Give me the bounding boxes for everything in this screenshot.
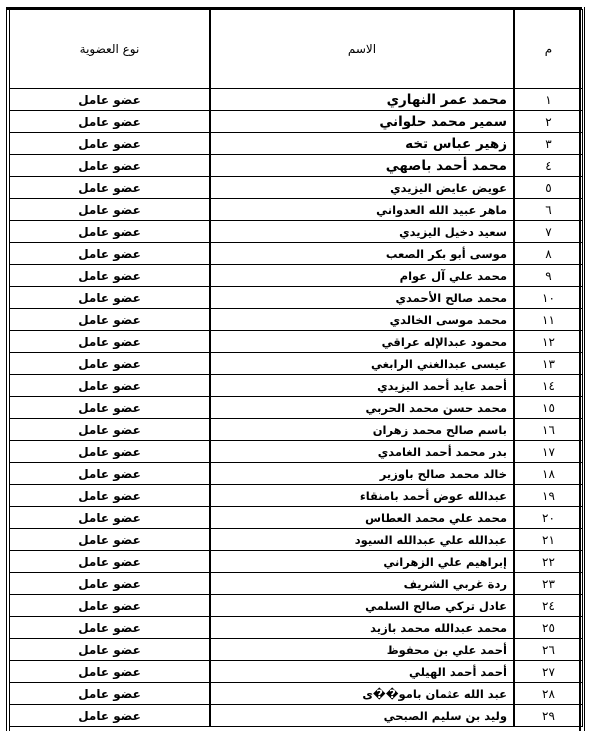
membership-type: عضو عامل: [10, 331, 211, 353]
row-number: ٢٩: [514, 705, 583, 727]
table-row: ١٢محمود عبدالإله عراقيعضو عامل: [10, 331, 583, 353]
table-row: ٢سمير محمد حلوانيعضو عامل: [10, 111, 583, 133]
member-name: عبدالله عوض أحمد بامنقاء: [210, 485, 514, 507]
row-number: ٢٨: [514, 683, 583, 705]
member-name: زهير عباس تخه: [210, 133, 514, 155]
row-number: ١٢: [514, 331, 583, 353]
membership-type: عضو عامل: [10, 419, 211, 441]
table-row: ٣زهير عباس تخهعضو عامل: [10, 133, 583, 155]
member-name: محمد صالح الأحمدي: [210, 287, 514, 309]
row-number: ٢٧: [514, 661, 583, 683]
row-number: ٢٠: [514, 507, 583, 529]
table-row: ٥عويض عايض اليزيديعضو عامل: [10, 177, 583, 199]
membership-type: عضو عامل: [10, 551, 211, 573]
table-row: ١٣عيسى عبدالغني الرابغيعضو عامل: [10, 353, 583, 375]
table-left-border: [6, 9, 7, 731]
membership-type: عضو عامل: [10, 199, 211, 221]
member-name: ردة غربي الشريف: [210, 573, 514, 595]
member-name: عبدالله علي عبدالله السيود: [210, 529, 514, 551]
table-row: ٢٠محمد علي محمد العطاسعضو عامل: [10, 507, 583, 529]
member-name: عادل تركي صالح السلمي: [210, 595, 514, 617]
header-number: م: [514, 10, 583, 89]
member-name: أحمد أحمد الهيلي: [210, 661, 514, 683]
membership-type: عضو عامل: [10, 485, 211, 507]
membership-type: عضو عامل: [10, 309, 211, 331]
membership-type: عضو عامل: [10, 661, 211, 683]
row-number: ٥: [514, 177, 583, 199]
membership-type: عضو عامل: [10, 639, 211, 661]
table-row: ١٧بدر محمد أحمد الغامديعضو عامل: [10, 441, 583, 463]
membership-type: عضو عامل: [10, 133, 211, 155]
member-name: خالد محمد صالح باوزير: [210, 463, 514, 485]
table-row: ٢٩وليد بن سليم الصبحيعضو عامل: [10, 705, 583, 727]
row-number: ١٨: [514, 463, 583, 485]
member-name: سمير محمد حلواني: [210, 111, 514, 133]
member-name: محمد عبدالله محمد بازيد: [210, 617, 514, 639]
row-number: ٢٦: [514, 639, 583, 661]
membership-type: عضو عامل: [10, 265, 211, 287]
row-number: ٨: [514, 243, 583, 265]
member-name: محمد أحمد باصهي: [210, 155, 514, 177]
membership-type: عضو عامل: [10, 683, 211, 705]
membership-type: عضو عامل: [10, 177, 211, 199]
row-number: ١٧: [514, 441, 583, 463]
table-row: ١٦باسم صالح محمد زهرانعضو عامل: [10, 419, 583, 441]
row-number: ٢١: [514, 529, 583, 551]
membership-type: عضو عامل: [10, 573, 211, 595]
membership-type: عضو عامل: [10, 155, 211, 177]
member-name: أحمد علي بن محفوظ: [210, 639, 514, 661]
member-name: موسى أبو بكر الصعب: [210, 243, 514, 265]
table-row: ١محمد عمر النهاريعضو عامل: [10, 89, 583, 111]
member-name: عبد الله عثمان بامو��ى: [210, 683, 514, 705]
membership-type: عضو عامل: [10, 111, 211, 133]
table-row: ٢٧أحمد أحمد الهيليعضو عامل: [10, 661, 583, 683]
membership-type: عضو عامل: [10, 507, 211, 529]
row-number: ٩: [514, 265, 583, 287]
member-name: محمد علي آل عوام: [210, 265, 514, 287]
header-name-label: الاسم: [348, 42, 376, 56]
membership-type: عضو عامل: [10, 595, 211, 617]
members-table-body: ١محمد عمر النهاريعضو عامل٢سمير محمد حلوا…: [10, 89, 583, 727]
membership-type: عضو عامل: [10, 705, 211, 727]
table-row: ٢٢إبراهيم علي الزهرانيعضو عامل: [10, 551, 583, 573]
row-number: ١١: [514, 309, 583, 331]
row-number: ٢٢: [514, 551, 583, 573]
table-row: ١٤أحمد عايد أحمد اليزيديعضو عامل: [10, 375, 583, 397]
membership-type: عضو عامل: [10, 441, 211, 463]
row-number: ١٠: [514, 287, 583, 309]
header-name: الاسم: [210, 10, 514, 89]
membership-type: عضو عامل: [10, 397, 211, 419]
row-number: ١٤: [514, 375, 583, 397]
table-row: ٢٥محمد عبدالله محمد بازيدعضو عامل: [10, 617, 583, 639]
table-row: ١٨خالد محمد صالح باوزيرعضو عامل: [10, 463, 583, 485]
membership-type: عضو عامل: [10, 529, 211, 551]
membership-type: عضو عامل: [10, 287, 211, 309]
member-name: محمد عمر النهاري: [210, 89, 514, 111]
table-row: ٨موسى أبو بكر الصعبعضو عامل: [10, 243, 583, 265]
row-number: ٢: [514, 111, 583, 133]
row-number: ٦: [514, 199, 583, 221]
row-number: ١٣: [514, 353, 583, 375]
member-name: محمود عبدالإله عراقي: [210, 331, 514, 353]
membership-type: عضو عامل: [10, 375, 211, 397]
header-number-label: م: [545, 42, 552, 56]
table-row: ٢٤عادل تركي صالح السلميعضو عامل: [10, 595, 583, 617]
table-row: ٢٨عبد الله عثمان بامو��ىعضو عامل: [10, 683, 583, 705]
row-number: ٤: [514, 155, 583, 177]
member-name: سعيد دخيل اليزيدي: [210, 221, 514, 243]
member-name: عيسى عبدالغني الرابغي: [210, 353, 514, 375]
member-name: محمد حسن محمد الحربي: [210, 397, 514, 419]
member-name: عويض عايض اليزيدي: [210, 177, 514, 199]
membership-type: عضو عامل: [10, 243, 211, 265]
member-name: وليد بن سليم الصبحي: [210, 705, 514, 727]
table-row: ٤محمد أحمد باصهيعضو عامل: [10, 155, 583, 177]
table-row: ٢٣ردة غربي الشريفعضو عامل: [10, 573, 583, 595]
membership-type: عضو عامل: [10, 463, 211, 485]
table-row: ١٠محمد صالح الأحمديعضو عامل: [10, 287, 583, 309]
header-membership-type-label: نوع العضوية: [80, 42, 140, 56]
table-row: ٩محمد علي آل عوامعضو عامل: [10, 265, 583, 287]
table-row: ٢١عبدالله علي عبدالله السيودعضو عامل: [10, 529, 583, 551]
row-number: ١٥: [514, 397, 583, 419]
row-number: ٣: [514, 133, 583, 155]
table-row: ٧سعيد دخيل اليزيديعضو عامل: [10, 221, 583, 243]
member-name: باسم صالح محمد زهران: [210, 419, 514, 441]
table-right-border: [584, 7, 585, 731]
row-number: ٢٣: [514, 573, 583, 595]
table-row: ١١محمد موسى الخالديعضو عامل: [10, 309, 583, 331]
row-number: ٧: [514, 221, 583, 243]
row-number: ١: [514, 89, 583, 111]
members-document: م الاسم نوع العضوية ١محمد عمر النهاريعضو…: [6, 7, 585, 731]
membership-type: عضو عامل: [10, 617, 211, 639]
header-row: م الاسم نوع العضوية: [10, 10, 583, 89]
member-name: ماهر عبيد الله العدواني: [210, 199, 514, 221]
member-name: إبراهيم علي الزهراني: [210, 551, 514, 573]
member-name: أحمد عايد أحمد اليزيدي: [210, 375, 514, 397]
members-table: م الاسم نوع العضوية ١محمد عمر النهاريعضو…: [9, 9, 583, 727]
membership-type: عضو عامل: [10, 221, 211, 243]
table-row: ١٥محمد حسن محمد الحربيعضو عامل: [10, 397, 583, 419]
table-row: ٢٦أحمد علي بن محفوظعضو عامل: [10, 639, 583, 661]
membership-type: عضو عامل: [10, 89, 211, 111]
row-number: ١٩: [514, 485, 583, 507]
row-number: ٢٤: [514, 595, 583, 617]
header-membership-type: نوع العضوية: [10, 10, 211, 89]
member-name: محمد علي محمد العطاس: [210, 507, 514, 529]
member-name: محمد موسى الخالدي: [210, 309, 514, 331]
membership-type: عضو عامل: [10, 353, 211, 375]
row-number: ١٦: [514, 419, 583, 441]
row-number: ٢٥: [514, 617, 583, 639]
table-row: ١٩عبدالله عوض أحمد بامنقاءعضو عامل: [10, 485, 583, 507]
member-name: بدر محمد أحمد الغامدي: [210, 441, 514, 463]
table-row: ٦ماهر عبيد الله العدوانيعضو عامل: [10, 199, 583, 221]
